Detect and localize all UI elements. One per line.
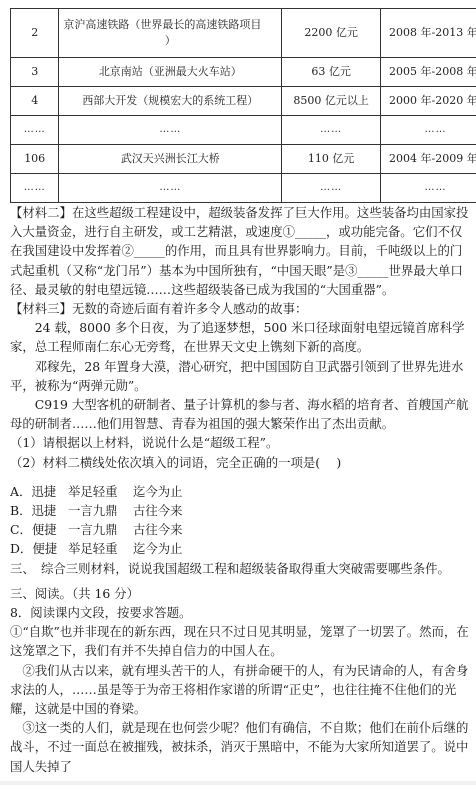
option-c: C．便捷 一言九鼎 古往今来 xyxy=(10,520,472,539)
material-three: 【材料三】无数的奇迹后面有着许多令人感动的故事： 24 载，8000 多个日夜，… xyxy=(10,299,472,776)
option-word-3: 迄今为止 xyxy=(133,539,198,558)
question-3: 三、 综合三则材料，说说我国超级工程和超级装备取得重大突破需要哪些条件。 xyxy=(10,559,472,578)
cell-name: 北京南站（亚洲最大火车站） xyxy=(59,58,282,87)
cell-name-line2: ） xyxy=(63,33,277,49)
cell-period: 2000 年-2020 年 xyxy=(381,87,476,116)
option-label: D．便捷 xyxy=(10,539,68,558)
option-word-2: 一言九鼎 xyxy=(68,520,133,539)
option-word-2: 举足轻重 xyxy=(68,539,133,558)
story-paragraph: C919 大型客机的研制者、量子计算机的参与者、海水稻的培育者、首艘国产航母的研… xyxy=(10,395,472,433)
reading-section-title: 三、阅读。（共 16 分） xyxy=(10,584,472,603)
table-row: 4 西部大开发（规模宏大的系统工程） 8500 亿元以上 2000 年-2020… xyxy=(11,87,476,116)
cell-no: 3 xyxy=(11,58,59,87)
cell-name: 京沪高速铁路（世界最长的高速铁路项目） xyxy=(59,9,282,58)
option-word-3: 迄今为止 xyxy=(133,482,198,501)
question-2: （2）材料二横线处依次填入的词语，完全正确的一项是( ) xyxy=(10,453,472,472)
cell-cost: 63 亿元 xyxy=(282,58,381,87)
cell-period: …… xyxy=(381,116,476,145)
cell-name: 武汉天兴洲长江大桥 xyxy=(59,145,282,174)
table-row: …… …… …… …… xyxy=(11,174,476,203)
cell-cost: 8500 亿元以上 xyxy=(282,87,381,116)
material-two: 【材料二】在这些超级工程建设中，超级装备发挥了巨大作用。这些装备均由国家投入大量… xyxy=(10,203,472,299)
document-page: 2 京沪高速铁路（世界最长的高速铁路项目） 2200 亿元 2008 年-201… xyxy=(0,0,476,785)
option-word-3: 古往今来 xyxy=(133,501,198,520)
reading-paragraph: ②我们从古以来，就有埋头苦干的人，有拼命硬干的人，有为民请命的人，有舍身求法的人… xyxy=(10,661,472,719)
cell-cost: 2200 亿元 xyxy=(282,9,381,58)
cell-no: …… xyxy=(11,116,59,145)
cell-period: 2004 年-2009 年 xyxy=(381,145,476,174)
cell-period: 2008 年-2013 年 xyxy=(381,9,476,58)
cell-no: 2 xyxy=(11,9,59,58)
option-label: A．迅捷 xyxy=(10,482,68,501)
page-edge xyxy=(0,781,476,785)
option-word-3: 古往今来 xyxy=(133,520,198,539)
cell-name: …… xyxy=(59,116,282,145)
option-b: B．迅捷 一言九鼎 古往今来 xyxy=(10,501,472,520)
cell-period: …… xyxy=(381,174,476,203)
table-row: 3 北京南站（亚洲最大火车站） 63 亿元 2005 年-2008 年 xyxy=(11,58,476,87)
cell-no: …… xyxy=(11,174,59,203)
cell-cost: …… xyxy=(282,174,381,203)
super-project-table: 2 京沪高速铁路（世界最长的高速铁路项目） 2200 亿元 2008 年-201… xyxy=(10,8,476,203)
option-label: C．便捷 xyxy=(10,520,68,539)
table-row: …… …… …… …… xyxy=(11,116,476,145)
question-1: （1）请根据以上材料，说说什么是“超级工程”。 xyxy=(10,433,472,452)
reading-paragraph: ①“自欺”也并非现在的新东西，现在只不过日见其明显，笼罩了一切罢了。然而，在这笼… xyxy=(10,622,472,660)
option-label: B．迅捷 xyxy=(10,501,68,520)
option-a: A．迅捷 举足轻重 迄今为止 xyxy=(10,482,472,501)
cell-cost: 110 亿元 xyxy=(282,145,381,174)
cell-name: 西部大开发（规模宏大的系统工程） xyxy=(59,87,282,116)
option-d: D．便捷 举足轻重 迄今为止 xyxy=(10,539,472,558)
cell-period: 2005 年-2008 年 xyxy=(381,58,476,87)
cell-cost: …… xyxy=(282,116,381,145)
story-paragraph: 邓稼先，28 年置身大漠，潜心研究，把中国国防自卫武器引领到了世界先进水平，被称… xyxy=(10,357,472,395)
option-word-2: 举足轻重 xyxy=(68,482,133,501)
cell-no: 4 xyxy=(11,87,59,116)
cell-name: …… xyxy=(59,174,282,203)
table-row: 106 武汉天兴洲长江大桥 110 亿元 2004 年-2009 年 xyxy=(11,145,476,174)
option-word-2: 一言九鼎 xyxy=(68,501,133,520)
material-two-text: 【材料二】在这些超级工程建设中，超级装备发挥了巨大作用。这些装备均由国家投入大量… xyxy=(10,203,472,299)
reading-paragraph: ③这一类的人们，就是现在也何尝少呢？他们有确信，不自欺；他们在前仆后继的战斗，不… xyxy=(10,718,472,776)
cell-name-line1: 京沪高速铁路（世界最长的高速铁路项目 xyxy=(63,18,261,31)
question-8: 8．阅读课内文段，按要求答题。 xyxy=(10,603,472,622)
material-three-title: 【材料三】无数的奇迹后面有着许多令人感动的故事： xyxy=(10,299,472,318)
table-row: 2 京沪高速铁路（世界最长的高速铁路项目） 2200 亿元 2008 年-201… xyxy=(11,9,476,58)
story-paragraph: 24 载，8000 多个日夜，为了追逐梦想，500 米口径球面射电望远镜首席科学… xyxy=(10,318,472,356)
cell-no: 106 xyxy=(11,145,59,174)
